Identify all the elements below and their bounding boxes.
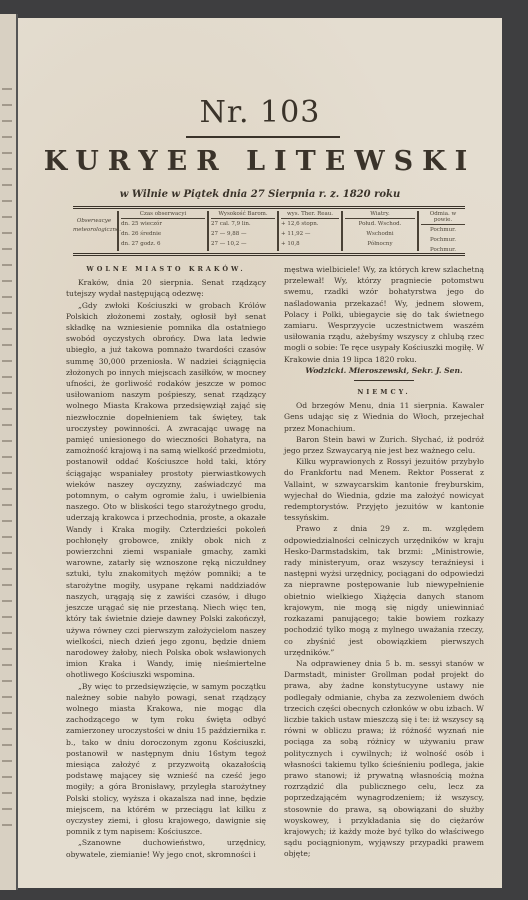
divider — [207, 211, 209, 251]
divider — [277, 211, 279, 251]
paragraph: Kilku wyprawionych z Rossyi jezuitów prz… — [284, 456, 484, 523]
weather-col-barometer: Wysokość Barom. 27 cal. 7,9 lin. 27 — 9,… — [211, 211, 275, 251]
paragraph: Od brzegów Menu, dnia 11 sierpnia. Kawal… — [284, 400, 484, 434]
weather-col-thermometer: wys. Ther. Reau. + 12,6 stopn. + 11,92 —… — [281, 211, 339, 251]
paragraph: Prawo z dnia 29 z. m. względem odpowiedz… — [284, 523, 484, 657]
newspaper-page: Nr. 103 KURYER LITEWSKI w Wilnie w Piąte… — [18, 18, 502, 888]
paragraph: męstwa wielbiciele! Wy, za których krew … — [284, 264, 484, 365]
adjacent-page-text — [2, 74, 12, 830]
right-column: męstwa wielbiciele! Wy, za których krew … — [284, 264, 484, 860]
masthead-rule — [186, 136, 340, 138]
weather-table: Obserwacye meteorologiczne. Czas obserwa… — [73, 206, 465, 256]
issue-number: Nr. 103 — [18, 95, 502, 130]
signature: Wodzicki. Mieroszewski, Sekr. J. Sen. — [284, 365, 484, 376]
weather-col-sky: Odmia. w powie. Pochmur. Pochmur. Pochmu… — [421, 211, 465, 251]
paragraph: Baron Stein bawi w Zurich. Słychać, iż p… — [284, 434, 484, 456]
article-columns: WOLNE MIASTO KRAKÓW. Kraków, dnia 20 sie… — [66, 264, 486, 864]
weather-col-time: Czas obserwacyi dn. 25 wieczór dn. 26 śr… — [121, 211, 205, 251]
weather-label: Obserwacye meteorologiczne. — [73, 211, 115, 251]
adjacent-page-edge — [0, 14, 18, 890]
paragraph: Na odprawieney dnia 5 b. m. sessyi stanó… — [284, 658, 484, 860]
section-heading-krakow: WOLNE MIASTO KRAKÓW. — [66, 264, 266, 275]
paragraph: Kraków, dnia 20 sierpnia. Senat rządzący… — [66, 277, 266, 299]
dateline: w Wilnie w Piątek dnia 27 Sierpnia r. z.… — [18, 189, 502, 200]
section-heading-niemcy: NIEMCY. — [284, 387, 484, 398]
divider — [341, 211, 343, 251]
divider — [417, 211, 419, 251]
newspaper-title: KURYER LITEWSKI — [18, 146, 502, 177]
section-rule — [354, 380, 414, 381]
weather-col-wind: Wiatry. Połud. Wschod. Wschodni Północny — [345, 211, 415, 251]
paragraph: „By więc to przedsięwzięcie, w samym poc… — [66, 681, 266, 838]
left-column: WOLNE MIASTO KRAKÓW. Kraków, dnia 20 sie… — [66, 264, 266, 860]
divider — [117, 211, 119, 251]
paragraph: „Gdy zwłoki Kościuszki w grobach Królów … — [66, 300, 266, 681]
paragraph: „Szanowne duchowieństwo, urzędnicy, obyw… — [66, 837, 266, 859]
